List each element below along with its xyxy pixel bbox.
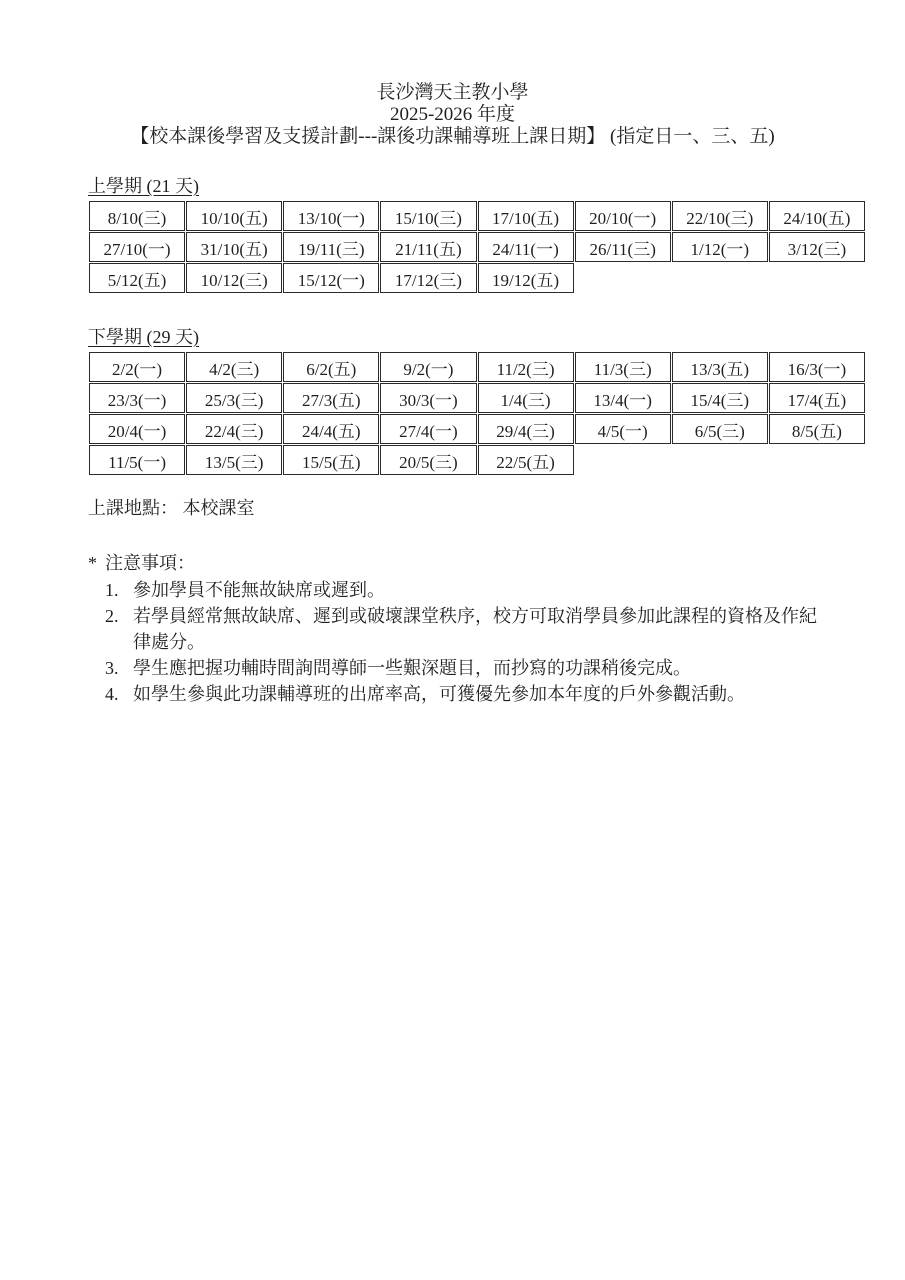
date-cell: 15/12(一): [283, 263, 379, 293]
date-cell: 1/4(三): [478, 383, 574, 413]
date-cell: 21/11(五): [380, 232, 476, 262]
date-cell: 1/12(一): [672, 232, 768, 262]
date-cell: 8/10(三): [89, 201, 185, 231]
note-number: 3.: [105, 655, 133, 681]
date-cell: 10/10(五): [186, 201, 282, 231]
date-cell: 19/11(三): [283, 232, 379, 262]
semester1-heading: 上學期 (21 天): [88, 176, 905, 197]
date-cell: 6/5(三): [672, 414, 768, 444]
note-item: 1.參加學員不能無故缺席或遲到。: [105, 577, 905, 603]
note-item: 4.如學生參與此功課輔導班的出席率高，可獲優先參加本年度的戶外參觀活動。: [105, 681, 905, 707]
date-cell: 23/3(一): [89, 383, 185, 413]
location-line: 上課地點： 本校課室: [88, 496, 905, 520]
date-cell: 10/12(三): [186, 263, 282, 293]
note-number: 2.: [105, 603, 133, 655]
semester2-table-body: 2/2(一)4/2(三)6/2(五)9/2(一)11/2(三)11/3(三)13…: [89, 352, 865, 475]
table-row: 8/10(三)10/10(五)13/10(一)15/10(三)17/10(五)2…: [89, 201, 865, 231]
table-row: 20/4(一)22/4(三)24/4(五)27/4(一)29/4(三)4/5(一…: [89, 414, 865, 444]
table-row: 2/2(一)4/2(三)6/2(五)9/2(一)11/2(三)11/3(三)13…: [89, 352, 865, 382]
semester2-heading: 下學期 (29 天): [88, 327, 905, 348]
date-cell: 15/10(三): [380, 201, 476, 231]
date-cell: 22/5(五): [478, 445, 574, 475]
date-cell: 6/2(五): [283, 352, 379, 382]
date-cell: 13/10(一): [283, 201, 379, 231]
note-item: 2.若學員經常無故缺席、遲到或破壞課堂秩序，校方可取消學員參加此課程的資格及作紀…: [105, 603, 905, 655]
note-text: 如學生參與此功課輔導班的出席率高，可獲優先參加本年度的戶外參觀活動。: [133, 681, 823, 707]
semester1-table-body: 8/10(三)10/10(五)13/10(一)15/10(三)17/10(五)2…: [89, 201, 865, 293]
notes-heading-text: 注意事項：: [105, 551, 195, 575]
date-cell: 11/2(三): [478, 352, 574, 382]
date-cell: 24/11(一): [478, 232, 574, 262]
date-cell: 4/5(一): [575, 414, 671, 444]
document-title: 【校本課後學習及支援計劃---課後功課輔導班上課日期】 (指定日一、三、五): [0, 126, 905, 148]
school-year: 2025-2026 年度: [0, 104, 905, 126]
notes-asterisk: *: [88, 551, 105, 575]
date-cell: 11/5(一): [89, 445, 185, 475]
semester1-table: 8/10(三)10/10(五)13/10(一)15/10(三)17/10(五)2…: [88, 200, 866, 294]
date-cell: 20/5(三): [380, 445, 476, 475]
date-cell: 8/5(五): [769, 414, 865, 444]
date-cell: 22/10(三): [672, 201, 768, 231]
date-cell: 19/12(五): [478, 263, 574, 293]
document-header: 長沙灣天主教小學 2025-2026 年度 【校本課後學習及支援計劃---課後功…: [0, 0, 905, 148]
date-cell: 3/12(三): [769, 232, 865, 262]
date-cell: 27/4(一): [380, 414, 476, 444]
note-text: 若學員經常無故缺席、遲到或破壞課堂秩序，校方可取消學員參加此課程的資格及作紀律處…: [133, 603, 823, 655]
date-cell: 11/3(三): [575, 352, 671, 382]
note-number: 4.: [105, 681, 133, 707]
note-number: 1.: [105, 577, 133, 603]
date-cell: 29/4(三): [478, 414, 574, 444]
date-cell: 5/12(五): [89, 263, 185, 293]
notes-list: 1.參加學員不能無故缺席或遲到。2.若學員經常無故缺席、遲到或破壞課堂秩序，校方…: [88, 577, 905, 707]
note-text: 參加學員不能無故缺席或遲到。: [133, 577, 823, 603]
table-row: 5/12(五)10/12(三)15/12(一)17/12(三)19/12(五): [89, 263, 865, 293]
date-cell: 24/10(五): [769, 201, 865, 231]
date-cell: 20/10(一): [575, 201, 671, 231]
date-cell: 27/10(一): [89, 232, 185, 262]
date-cell: 9/2(一): [380, 352, 476, 382]
date-cell: 13/4(一): [575, 383, 671, 413]
date-cell: 26/11(三): [575, 232, 671, 262]
date-cell: 17/10(五): [478, 201, 574, 231]
notes-section: * 注意事項： 1.參加學員不能無故缺席或遲到。2.若學員經常無故缺席、遲到或破…: [88, 551, 905, 707]
date-cell: 4/2(三): [186, 352, 282, 382]
date-cell: 17/4(五): [769, 383, 865, 413]
semester2-table: 2/2(一)4/2(三)6/2(五)9/2(一)11/2(三)11/3(三)13…: [88, 351, 866, 476]
date-cell: 27/3(五): [283, 383, 379, 413]
date-cell: 25/3(三): [186, 383, 282, 413]
date-cell: 24/4(五): [283, 414, 379, 444]
date-cell: 15/5(五): [283, 445, 379, 475]
date-cell: 2/2(一): [89, 352, 185, 382]
table-row: 11/5(一)13/5(三)15/5(五)20/5(三)22/5(五): [89, 445, 865, 475]
date-cell: 20/4(一): [89, 414, 185, 444]
table-row: 23/3(一)25/3(三)27/3(五)30/3(一)1/4(三)13/4(一…: [89, 383, 865, 413]
date-cell: 31/10(五): [186, 232, 282, 262]
date-cell: 30/3(一): [380, 383, 476, 413]
date-cell: 15/4(三): [672, 383, 768, 413]
date-cell: 22/4(三): [186, 414, 282, 444]
note-item: 3.學生應把握功輔時間詢問導師一些艱深題目，而抄寫的功課稍後完成。: [105, 655, 905, 681]
note-text: 學生應把握功輔時間詢問導師一些艱深題目，而抄寫的功課稍後完成。: [133, 655, 823, 681]
document-page: 長沙灣天主教小學 2025-2026 年度 【校本課後學習及支援計劃---課後功…: [0, 0, 905, 1280]
date-cell: 17/12(三): [380, 263, 476, 293]
school-name: 長沙灣天主教小學: [0, 82, 905, 104]
notes-heading: * 注意事項：: [88, 551, 905, 575]
table-row: 27/10(一)31/10(五)19/11(三)21/11(五)24/11(一)…: [89, 232, 865, 262]
date-cell: 16/3(一): [769, 352, 865, 382]
date-cell: 13/3(五): [672, 352, 768, 382]
date-cell: 13/5(三): [186, 445, 282, 475]
